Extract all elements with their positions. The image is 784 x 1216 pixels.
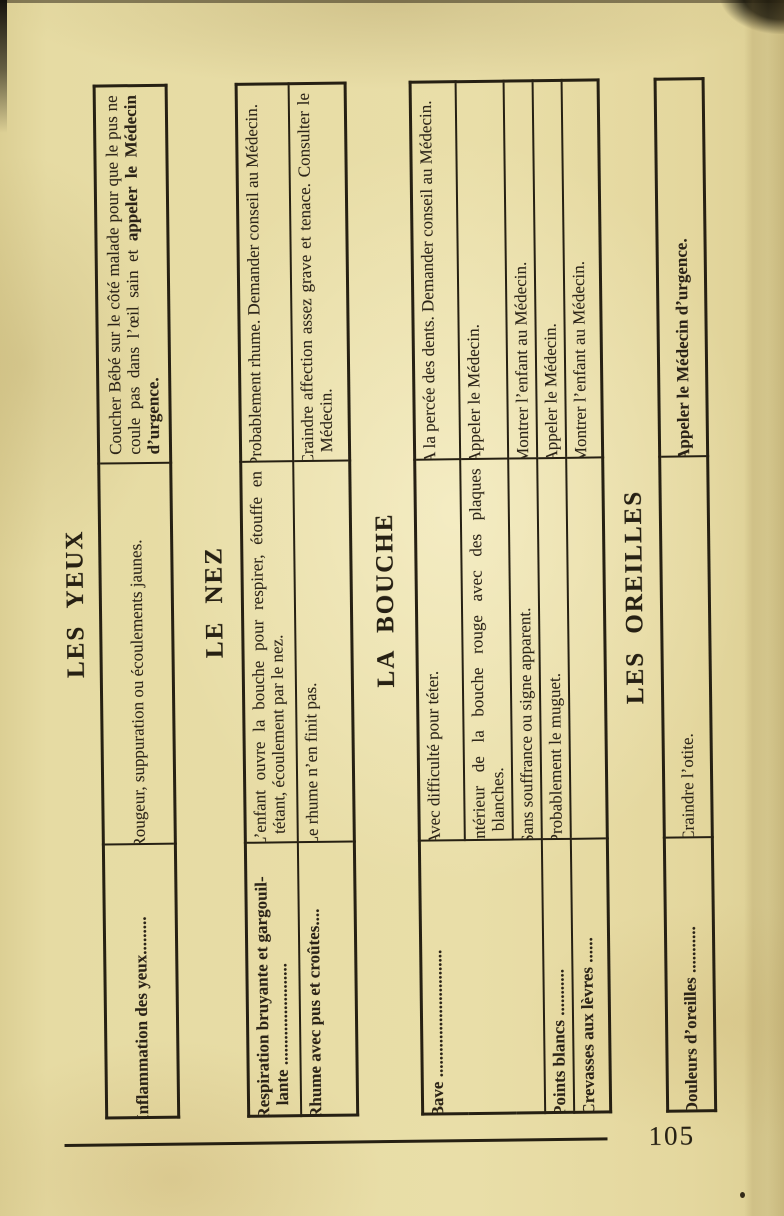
observation-cell: Probablement le muguet.	[537, 458, 571, 839]
section-title-le-nez: LE NEZ	[195, 86, 236, 1118]
section-title-les-oreilles: LES OREILLES	[615, 81, 656, 1113]
symptom-cell: Points blancs ...........	[541, 839, 573, 1112]
table-les-oreilles: Douleurs d’oreilles ........... Craindre…	[654, 77, 718, 1113]
observation-cell: Sans souffrance ou signe apparent.	[508, 459, 542, 840]
action-cell: Probablement rhume. Demander conseil au …	[236, 84, 293, 463]
table-la-bouche: Bave .............................. Avec…	[409, 78, 613, 1115]
action-cell: Appeler le Médecin.	[532, 80, 566, 458]
scan-edge-top	[0, 0, 784, 3]
print-layer: LES YEUX Inflammation des yeux......... …	[0, 0, 784, 1216]
page-crease	[744, 0, 784, 1216]
action-cell: Montrer l’enfant au Médecin.	[561, 80, 603, 458]
observation-cell: Le rhume n’en finit pas.	[293, 461, 355, 843]
scan-edge-left	[0, 0, 7, 140]
symptom-cell: Bave ..............................	[419, 840, 544, 1114]
table-row: Douleurs d’oreilles ........... Craindre…	[655, 79, 716, 1112]
table-le-nez: Respiration bruyante et gargouil­lante .…	[235, 82, 360, 1118]
rotated-table-area: LES YEUX Inflammation des yeux......... …	[0, 0, 784, 1216]
symptom-cell: Respiration bruyante et gargouil­lante .…	[245, 843, 300, 1117]
observation-cell: Rougeur, suppuration ou écoulements jaun…	[99, 463, 176, 845]
action-cell: Appeler le Médecin d’urgence.	[655, 79, 708, 458]
observation-cell: Craindre l’otite.	[660, 457, 713, 839]
symptom-cell: Douleurs d’oreilles ...........	[664, 838, 715, 1112]
symptom-cell: Rhume avec pus et croûtes....	[297, 842, 357, 1116]
table-row: Rhume avec pus et croûtes.... Le rhume n…	[288, 83, 358, 1116]
action-cell: Craindre affection assez grave et tenace…	[288, 83, 350, 462]
table-les-yeux: Inflammation des yeux......... Rougeur, …	[93, 84, 181, 1120]
observation-cell: L’enfant ouvre la bouche pour respirer, …	[241, 462, 298, 844]
observation-cell	[566, 458, 608, 839]
symptom-cell: Inflammation des yeux.........	[103, 844, 178, 1118]
ink-speck	[740, 1192, 745, 1198]
action-cell: Appeler le Médecin.	[455, 81, 508, 460]
action-cell: A la percée des dents. Demander conseil …	[410, 82, 460, 461]
scanned-book-page: LES YEUX Inflammation des yeux......... …	[0, 0, 784, 1216]
action-cell: Montrer l’enfant au Médecin.	[503, 81, 537, 459]
observation-cell: Avec difficulté pour téter.	[415, 460, 465, 842]
symptom-cell: Crevasses aux lèvres ......	[570, 839, 610, 1112]
section-title-la-bouche: LA BOUCHE	[366, 84, 407, 1116]
table-row: Inflammation des yeux......... Rougeur, …	[94, 85, 179, 1118]
section-title-les-yeux: LES YEUX	[56, 88, 97, 1120]
page-number: 105	[648, 1120, 695, 1152]
action-text-bold: Appeler le Médecin d’urgence.	[672, 238, 694, 457]
action-cell: Coucher Bébé sur le côté malade pour que…	[94, 85, 171, 464]
observation-cell: Intérieur de la bouche rouge avec des pl…	[460, 459, 513, 841]
